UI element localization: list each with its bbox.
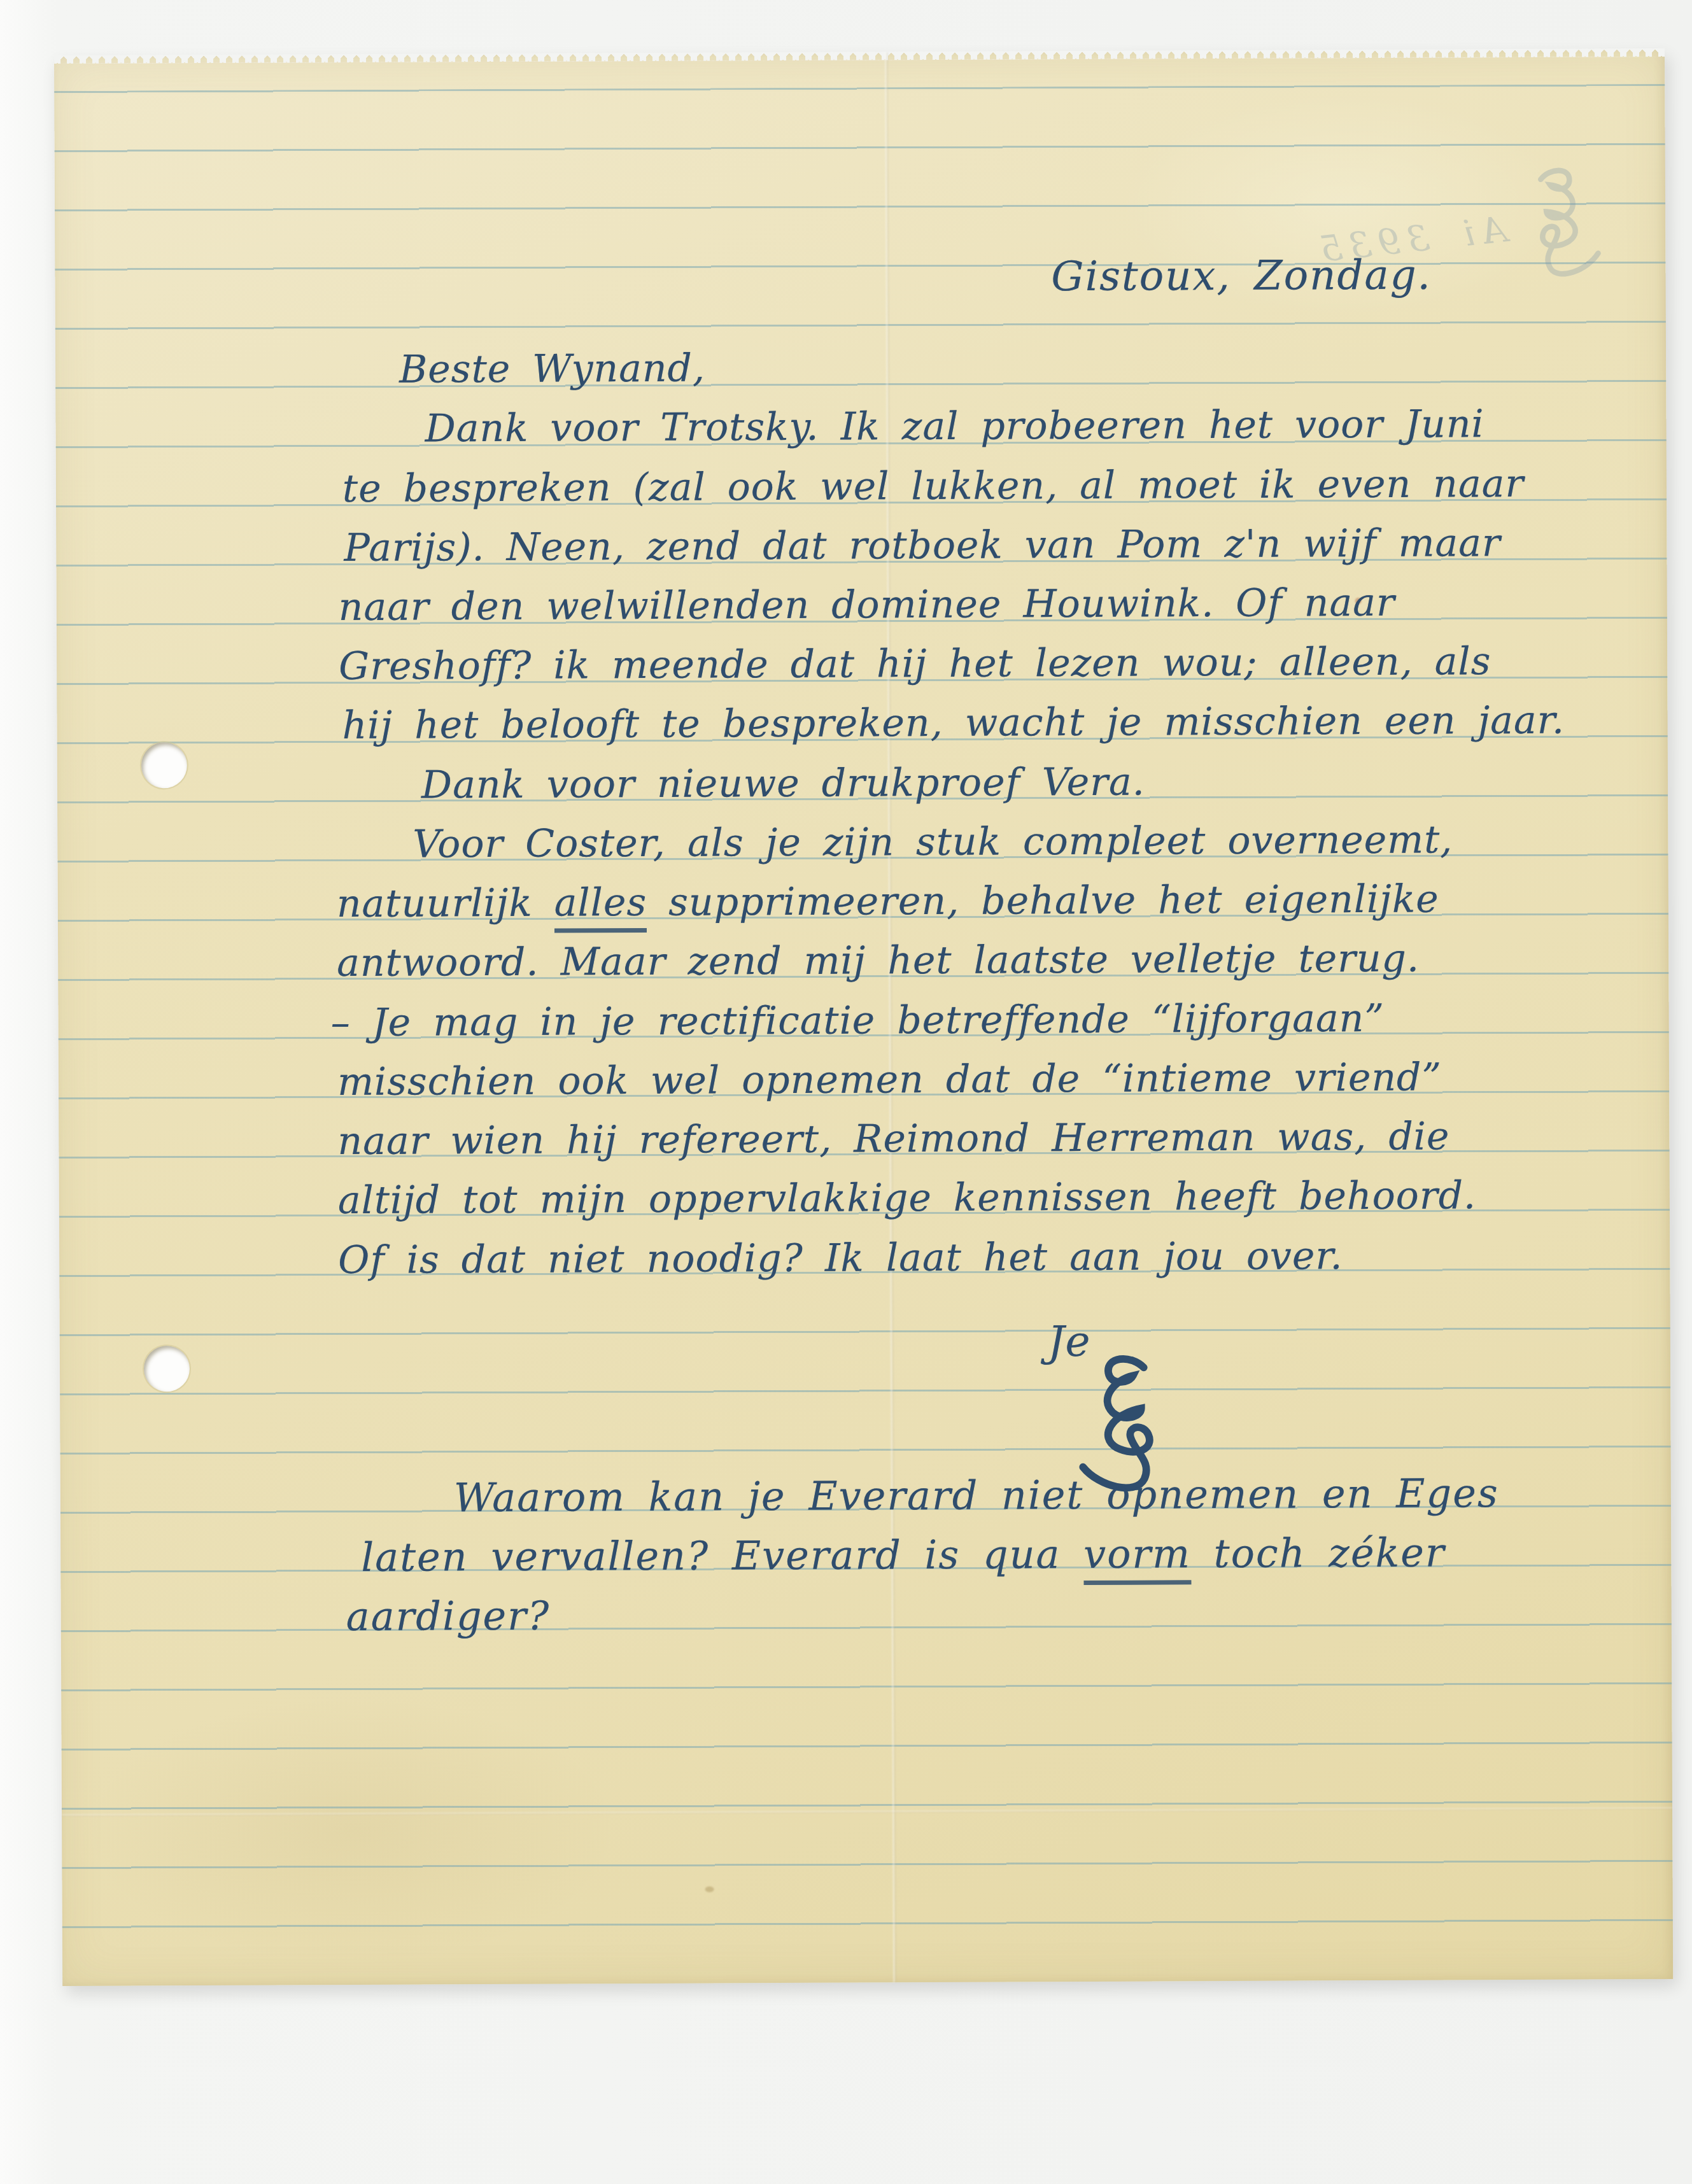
body-line: Dank voor nieuwe drukproef Vera.	[421, 763, 1145, 805]
scanned-letter-page: { "letter": { "stamp": { "number": "Ai 3…	[0, 0, 1692, 2184]
punch-hole-bottom	[144, 1346, 190, 1391]
body-segment: supprimeeren, behalve het eigenlijke	[647, 877, 1439, 925]
body-line: Of is dat niet noodig? Ik laat het aan j…	[338, 1237, 1343, 1279]
body-line: – Je mag in je rectificatie betreffende …	[331, 999, 1385, 1042]
letter-paper: Ai 3935 E Gistoux, Zondag. Beste Wynand,…	[54, 49, 1673, 1986]
body-line: altijd tot mijn oppervlakkige kennissen …	[338, 1176, 1476, 1220]
torn-top-edge	[54, 48, 1665, 64]
postscript-line: laten vervallen? Everard is qua vorm toc…	[361, 1533, 1446, 1577]
body-line: naar den welwillenden dominee Houwink. O…	[339, 584, 1395, 626]
dateline: Gistoux, Zondag.	[1051, 255, 1432, 298]
body-segment: natuurlijk	[337, 881, 554, 926]
body-line: Parijs). Neen, zend dat rotboek van Pom …	[344, 524, 1501, 567]
body-line: te bespreken (zal ook wel lukken, al moe…	[342, 465, 1524, 508]
postscript-line: aardiger?	[346, 1596, 551, 1637]
body-line: antwoord. Maar zend mij het laatste vell…	[337, 940, 1420, 982]
postscript-line: Waarom kan je Everard niet opnemen en Eg…	[454, 1474, 1499, 1518]
body-line: Voor Coster, als je zijn stuk compleet o…	[412, 821, 1453, 863]
body-line: hij het belooft te bespreken, wacht je m…	[342, 701, 1565, 745]
foxing-spot	[705, 1887, 714, 1892]
body-line: Dank voor Trotsky. Ik zal probeeren het …	[425, 405, 1484, 447]
punch-hole-top	[141, 742, 187, 788]
body-line: natuurlijk alles supprimeeren, behalve h…	[337, 880, 1439, 924]
body-line: naar wien hij refereert, Reimond Herrema…	[337, 1117, 1449, 1160]
underlined-word: alles	[554, 880, 647, 933]
underlined-word: vorm	[1083, 1530, 1191, 1585]
body-line: misschien ook wel opnemen dat de “intiem…	[337, 1059, 1442, 1102]
postscript-segment: laten vervallen? Everard is qua	[361, 1531, 1083, 1581]
postscript-segment: toch zéker	[1191, 1529, 1446, 1577]
salutation: Beste Wynand,	[399, 349, 705, 389]
stamp-monogram-flourish-icon	[1515, 159, 1604, 288]
body-line: Greshoff? ik meende dat hij het lezen wo…	[339, 642, 1491, 686]
bleed-through-stamp: Ai 3935 E	[1309, 124, 1608, 344]
